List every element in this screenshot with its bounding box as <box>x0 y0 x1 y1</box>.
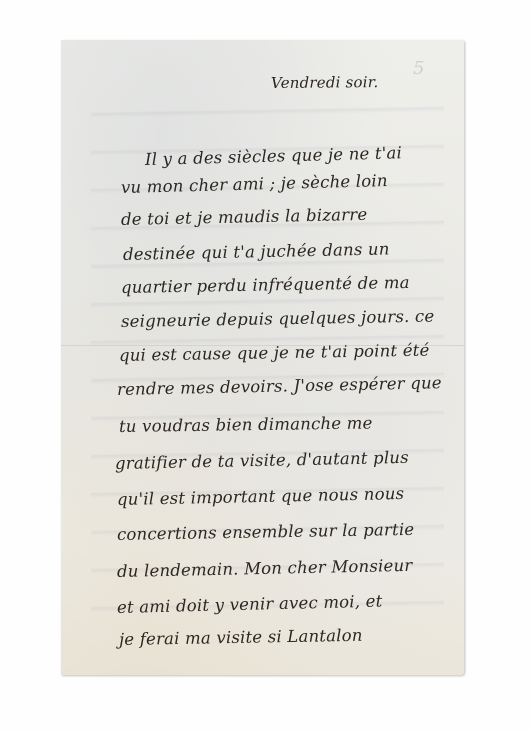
letter-line-15: je ferai ma visite si Lantalon <box>119 626 363 649</box>
letter-line-12: concertions ensemble sur la partie <box>117 520 415 544</box>
letter-line-3: de toi et je maudis la bizarre <box>121 205 368 229</box>
page-number-mark: 5 <box>413 58 424 79</box>
letter-line-13: du lendemain. Mon cher Monsieur <box>117 556 413 581</box>
letter-line-1: Il y a des siècles que je ne t'ai <box>145 143 402 169</box>
letter-line-5: quartier perdu infréquenté de ma <box>121 273 410 297</box>
letter-line-10: gratifier de ta visite, d'autant plus <box>115 448 409 473</box>
letter-line-14: et ami doit y venir avec moi, et <box>117 592 383 617</box>
letter-line-4: destinée qui t'a juchée dans un <box>123 239 390 264</box>
letter-line-9: tu voudras bien dimanche me <box>119 413 373 436</box>
letter-line-8: rendre mes devoirs. J'ose espérer que <box>117 373 442 399</box>
letter-scan: 5 Vendredi soir. Il y a des siècles que … <box>0 0 530 730</box>
letter-date: Vendredi soir. <box>271 73 379 92</box>
letter-line-7: qui est cause que je ne t'ai point été <box>119 341 430 365</box>
letter-line-2: vu mon cher ami ; je sèche loin <box>121 171 388 197</box>
letter-line-6: seigneurie depuis quelques jours. ce <box>121 307 435 331</box>
letter-page: 5 Vendredi soir. Il y a des siècles que … <box>61 40 464 675</box>
letter-line-11: qu'il est important que nous nous <box>117 484 405 509</box>
